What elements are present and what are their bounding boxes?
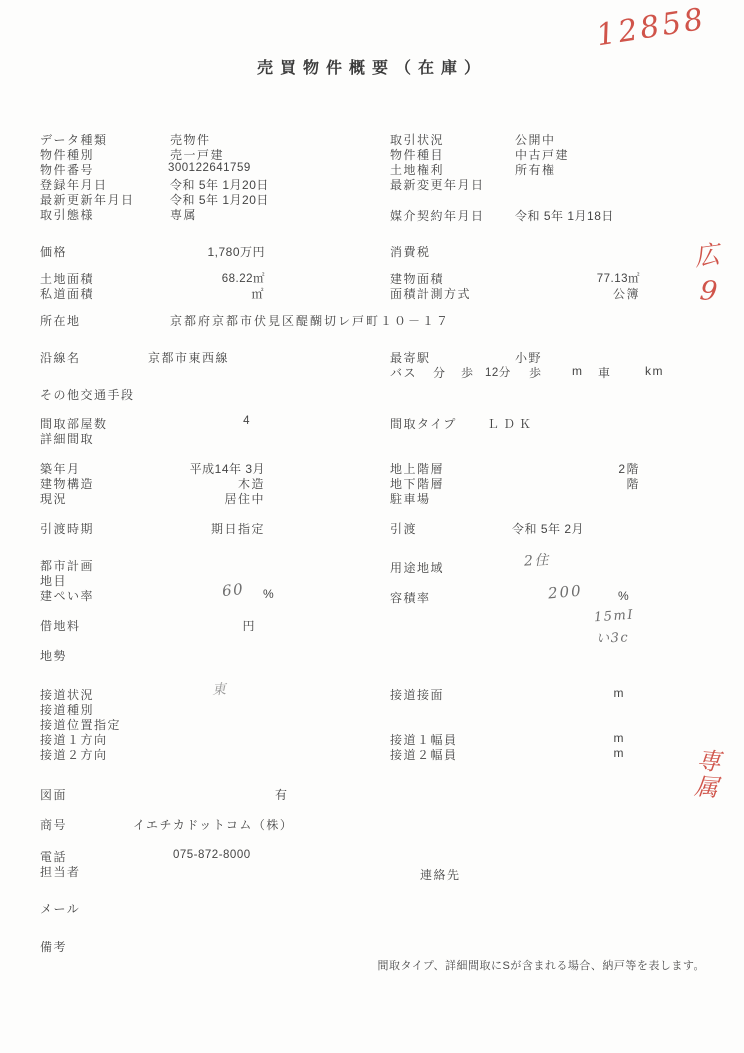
field-remarks-label: 備考 <box>40 938 67 955</box>
field-handover-value: 令和 5年 2月 <box>512 520 584 537</box>
field-road1-width-unit: m <box>520 731 625 745</box>
field-drawing-label: 図面 <box>40 786 67 803</box>
field-price-label: 価格 <box>40 243 67 260</box>
page-title: 売買物件概要（在庫） <box>0 55 744 78</box>
field-price-value: 1,780万円 <box>150 243 265 260</box>
field-handover-timing-label: 引渡時期 <box>40 520 94 537</box>
field-company-label: 商号 <box>40 816 67 833</box>
field-land-area-value: 68.22㎡ <box>150 270 265 286</box>
field-contact-person-label: 担当者 <box>40 863 81 880</box>
field-area-measurement-label: 面積計測方式 <box>390 285 471 302</box>
field-rail-line-value: 京都市東西線 <box>148 349 229 366</box>
field-private-road-area-label: 私道面積 <box>40 285 94 302</box>
field-agency-contract-date-label: 媒介契約年月日 <box>390 207 485 224</box>
field-parking-label: 駐車場 <box>390 490 431 507</box>
field-road-frontage-unit: m <box>520 686 625 700</box>
field-road2-width-unit: m <box>520 746 625 760</box>
field-current-status-label: 現況 <box>40 490 67 507</box>
field-road2-direction-label: 接道２方向 <box>40 746 108 763</box>
transport-walk-time: 12分 <box>485 364 511 380</box>
transport-bus-unit: 分 <box>433 364 447 381</box>
field-land-rent-label: 借地料 <box>40 617 81 634</box>
field-agency-contract-date-value: 令和 5年 1月18日 <box>515 207 614 224</box>
field-property-number-value: 300122641759 <box>168 162 251 174</box>
field-building-coverage-label: 建ぺい率 <box>40 587 94 604</box>
field-transaction-mode-label: 取引態様 <box>40 206 94 223</box>
field-contact-label: 連絡先 <box>420 866 461 883</box>
field-property-type-value: 売一戸建 <box>170 146 224 163</box>
field-land-rights-value: 所有権 <box>515 161 556 178</box>
transport-walk2-label: 歩 <box>529 364 543 381</box>
field-handover-timing-value: 期日指定 <box>150 520 265 537</box>
handwritten-height-note-line2: い3c <box>596 626 630 646</box>
transport-walk2-unit: m <box>572 364 584 378</box>
field-email-label: メール <box>40 900 80 917</box>
field-other-transport-label: その他交通手段 <box>40 386 135 403</box>
transport-bus-label: バス <box>390 364 417 381</box>
field-drawing-value: 有 <box>275 786 289 803</box>
field-rail-line-label: 沿線名 <box>40 349 81 366</box>
handwritten-side-note-2: 9 <box>698 275 720 308</box>
field-current-status-value: 居住中 <box>150 490 265 507</box>
field-land-rent-value: 円 <box>150 617 256 634</box>
transport-walk-label: 歩 <box>461 364 475 381</box>
handwritten-coverage-value: 60 <box>221 580 245 600</box>
footer-note: 間取タイプ、詳細間取にSが含まれる場合、納戸等を表します。 <box>340 957 705 973</box>
field-consumption-tax-label: 消費税 <box>390 243 431 260</box>
handwritten-road-mark: 東 <box>211 679 228 700</box>
field-layout-type-label: 間取タイプ <box>390 415 457 432</box>
field-last-change-date-label: 最新変更年月日 <box>390 176 485 193</box>
field-floors-below-value: 階 <box>520 475 640 492</box>
field-road-frontage-label: 接道接面 <box>390 686 444 703</box>
field-building-area-value: 77.13㎡ <box>520 270 640 286</box>
field-handover-label: 引渡 <box>390 520 417 537</box>
field-layout-type-value: ＬＤＫ <box>487 415 535 432</box>
handwritten-side-note-1: 広 <box>692 234 723 273</box>
field-private-road-area-value: ㎡ <box>150 285 265 302</box>
handwritten-far-value: 200 <box>547 582 583 603</box>
field-area-measurement-value: 公簿 <box>520 285 640 302</box>
field-topography-label: 地勢 <box>40 647 67 664</box>
field-phone-value: 075-872-8000 <box>173 849 251 861</box>
field-building-coverage-unit: % <box>263 587 275 601</box>
field-location-label: 所在地 <box>40 312 81 329</box>
field-room-count-value: 4 <box>150 415 250 427</box>
field-floor-area-ratio-label: 容積率 <box>390 589 431 606</box>
field-transaction-mode-value: 専属 <box>170 206 197 223</box>
field-floor-area-ratio-unit: % <box>618 589 630 603</box>
field-layout-detail-label: 詳細間取 <box>40 430 94 447</box>
handwritten-height-note-line1: 15mⅠ <box>594 608 635 626</box>
transport-car-unit: km <box>645 364 664 378</box>
handwritten-side-note-exclusive: 専属 <box>686 747 725 802</box>
handwritten-zoning-note: 2住 <box>523 549 550 570</box>
field-zoning-label: 用途地域 <box>390 559 444 576</box>
field-road2-width-label: 接道２幅員 <box>390 746 458 763</box>
handwritten-doc-number: 12858 <box>594 2 709 54</box>
transport-car-label: 車 <box>598 364 612 381</box>
scanned-document-page: 12858 売買物件概要（在庫） データ種類 売物件 物件種別 売一戸建 物件番… <box>0 0 744 1053</box>
field-location-value: 京都府京都市伏見区醍醐切レ戸町１０－１７ <box>170 312 450 329</box>
field-company-value: イエチカドットコム（株） <box>133 816 293 833</box>
